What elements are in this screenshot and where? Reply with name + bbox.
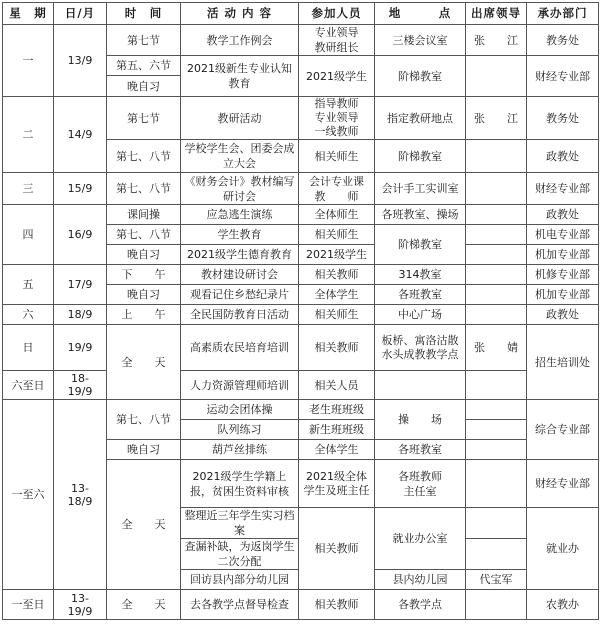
department-cell: 综合专业部	[527, 400, 599, 460]
department-cell: 政教处	[527, 305, 599, 325]
location-cell: 操 场	[375, 400, 466, 440]
activity-cell: 应急逃生演练	[181, 205, 299, 225]
activity-cell: 教学工作例会	[181, 25, 299, 56]
weekday-cell: 四	[3, 205, 54, 265]
weekday-cell: 六至日	[3, 371, 54, 400]
activity-cell: 教材建设研讨会	[181, 265, 299, 285]
time-cell: 第七节	[107, 97, 181, 140]
date-cell: 14/9	[54, 97, 107, 173]
time-cell: 第七节	[107, 25, 181, 56]
weekday-cell: 二	[3, 97, 54, 173]
table-row: 四 16/9 课间操 应急逃生演练 全体师生 各班教室、操场 政教处	[3, 205, 599, 225]
table-row: 一至日 13- 19/9 全 天 去各教学点督导检查 相关教师 各教学点 农教办	[3, 590, 599, 620]
department-cell: 教务处	[527, 25, 599, 56]
department-cell: 机加专业部	[527, 285, 599, 305]
activity-cell: 队列练习	[181, 420, 299, 440]
department-cell: 农教办	[527, 590, 599, 620]
department-cell: 机加专业部	[527, 245, 599, 265]
time-cell: 第五、六节	[107, 56, 181, 76]
time-cell: 第七、八节	[107, 225, 181, 245]
location-cell: 各班教室	[375, 285, 466, 305]
date-cell: 17/9	[54, 265, 107, 305]
activity-cell: 全民国防教育日活动	[181, 305, 299, 325]
location-cell: 阶梯教室	[375, 56, 466, 97]
col-location: 地 点	[375, 3, 466, 25]
location-cell: 各班教师 主任室	[375, 460, 466, 508]
leader-cell	[466, 440, 527, 460]
header-row: 星 期 日/月 时 间 活 动 内 容 参加人员 地 点 出席领导 承办部门	[3, 3, 599, 25]
department-cell: 机修专业部	[527, 265, 599, 285]
location-cell: 就业办公室	[375, 508, 466, 570]
weekday-cell: 一	[3, 25, 54, 97]
participants-cell: 2021级学生	[299, 56, 375, 97]
leader-cell	[466, 305, 527, 325]
leader-cell	[466, 460, 527, 508]
leader-cell	[466, 245, 527, 265]
department-cell: 政教处	[527, 140, 599, 173]
leader-cell	[466, 205, 527, 225]
time-cell: 第七、八节	[107, 140, 181, 173]
table-row: 二 14/9 第七节 教研活动 指导教师 专业领导 一线教师 指定教研地点 张 …	[3, 97, 599, 140]
participants-cell: 新生班班级	[299, 420, 375, 440]
activity-cell: 回访县内部分幼儿园	[181, 570, 299, 590]
date-cell: 13- 19/9	[54, 590, 107, 620]
participants-cell: 2021级学生	[299, 245, 375, 265]
participants-cell: 2021级全体学生及班主任	[299, 460, 375, 508]
leader-cell	[466, 508, 527, 539]
participants-cell: 全体师生	[299, 205, 375, 225]
location-cell: 各教学点	[375, 590, 466, 620]
location-cell: 阶梯教室	[375, 225, 466, 265]
time-cell: 课间操	[107, 205, 181, 225]
leader-cell	[466, 590, 527, 620]
participants-cell: 全体学生	[299, 440, 375, 460]
department-cell: 教务处	[527, 97, 599, 140]
date-cell: 18- 19/9	[54, 371, 107, 400]
activity-cell: 2021级学生德育教育	[181, 245, 299, 265]
time-cell: 晚自习	[107, 285, 181, 305]
table-row: 一至六 13- 18/9 第七、八节 运动会团体操 老生班班级 操 场 综合专业…	[3, 400, 599, 420]
weekly-schedule-table: 星 期 日/月 时 间 活 动 内 容 参加人员 地 点 出席领导 承办部门 一…	[2, 2, 599, 620]
date-cell: 18/9	[54, 305, 107, 325]
time-cell: 全 天	[107, 325, 181, 400]
leader-cell	[466, 285, 527, 305]
location-cell: 阶梯教室	[375, 140, 466, 173]
leader-cell	[466, 265, 527, 285]
location-cell: 县内幼儿园	[375, 570, 466, 590]
participants-cell: 专业领导 教研组长	[299, 25, 375, 56]
time-cell: 第七、八节	[107, 400, 181, 440]
department-cell: 财经专业部	[527, 460, 599, 508]
activity-cell: 观看记住乡愁纪录片	[181, 285, 299, 305]
participants-cell: 全体学生	[299, 285, 375, 305]
time-cell: 下 午	[107, 265, 181, 285]
location-cell: 314教室	[375, 265, 466, 285]
leader-cell	[466, 56, 527, 97]
time-cell: 晚自习	[107, 245, 181, 265]
table-row: 六至日 18- 19/9 人力资源管理师培训 相关人员	[3, 371, 599, 400]
weekday-cell: 三	[3, 173, 54, 205]
location-cell: 各班教室	[375, 440, 466, 460]
weekday-cell: 五	[3, 265, 54, 305]
location-cell: 各班教室、操场	[375, 205, 466, 225]
department-cell: 财经专业部	[527, 56, 599, 97]
date-cell: 19/9	[54, 325, 107, 371]
leader-cell	[466, 371, 527, 400]
activity-cell: 2021级新生专业认知教育	[181, 56, 299, 97]
activity-cell: 去各教学点督导检查	[181, 590, 299, 620]
time-cell: 全 天	[107, 460, 181, 590]
time-cell: 晚自习	[107, 440, 181, 460]
location-cell: 板桥、寓洛沽散水头成教教学点	[375, 325, 466, 371]
weekday-cell: 一至日	[3, 590, 54, 620]
leader-cell	[466, 400, 527, 420]
participants-cell: 相关师生	[299, 305, 375, 325]
activity-cell: 运动会团体操	[181, 400, 299, 420]
col-leader: 出席领导	[466, 3, 527, 25]
activity-cell: 高素质农民培育培训	[181, 325, 299, 371]
col-weekday: 星 期	[3, 3, 54, 25]
department-cell: 招生培训处	[527, 325, 599, 400]
participants-cell: 相关教师	[299, 265, 375, 285]
participants-cell: 老生班班级	[299, 400, 375, 420]
participants-cell: 相关人员	[299, 371, 375, 400]
activity-cell: 葫芦丝排练	[181, 440, 299, 460]
date-cell: 13- 18/9	[54, 400, 107, 590]
time-cell: 晚自习	[107, 76, 181, 97]
activity-cell: 学生教育	[181, 225, 299, 245]
time-cell: 第七、八节	[107, 173, 181, 205]
date-cell: 15/9	[54, 173, 107, 205]
leader-cell	[466, 225, 527, 245]
time-cell: 全 天	[107, 590, 181, 620]
leader-cell: 张 婧	[466, 325, 527, 371]
activity-cell: 学校学生会、团委会成立大会	[181, 140, 299, 173]
table-row: 三 15/9 第七、八节 《财务会计》教材编写研讨会 会计专业课 教 师 会计手…	[3, 173, 599, 205]
activity-cell: 查漏补缺，为返岗学生二次分配	[181, 539, 299, 570]
col-participants: 参加人员	[299, 3, 375, 25]
leader-cell	[466, 420, 527, 440]
weekday-cell: 一至六	[3, 400, 54, 590]
department-cell: 财经专业部	[527, 173, 599, 205]
table-row: 六 18/9 上 午 全民国防教育日活动 相关师生 中心广场 政教处	[3, 305, 599, 325]
activity-cell: 人力资源管理师培训	[181, 371, 299, 400]
location-cell: 指定教研地点	[375, 97, 466, 140]
activity-cell: 《财务会计》教材编写研讨会	[181, 173, 299, 205]
leader-cell: 张 江	[466, 25, 527, 56]
location-cell: 会计手工实训室	[375, 173, 466, 205]
department-cell: 政教处	[527, 205, 599, 225]
participants-cell: 相关教师	[299, 590, 375, 620]
weekday-cell: 日	[3, 325, 54, 371]
leader-cell	[466, 173, 527, 205]
participants-cell: 指导教师 专业领导 一线教师	[299, 97, 375, 140]
weekday-cell: 六	[3, 305, 54, 325]
leader-cell: 张 江	[466, 97, 527, 140]
date-cell: 16/9	[54, 205, 107, 265]
participants-cell: 相关师生	[299, 140, 375, 173]
table-row: 五 17/9 下 午 教材建设研讨会 相关教师 314教室 机修专业部	[3, 265, 599, 285]
participants-cell: 相关师生	[299, 225, 375, 245]
location-cell	[375, 371, 466, 400]
col-date: 日/月	[54, 3, 107, 25]
col-department: 承办部门	[527, 3, 599, 25]
participants-cell: 相关教师	[299, 325, 375, 371]
location-cell: 中心广场	[375, 305, 466, 325]
col-activity: 活 动 内 容	[181, 3, 299, 25]
activity-cell: 整理近三年学生实习档案	[181, 508, 299, 539]
department-cell: 机电专业部	[527, 225, 599, 245]
leader-cell	[466, 539, 527, 570]
time-cell: 上 午	[107, 305, 181, 325]
activity-cell: 教研活动	[181, 97, 299, 140]
date-cell: 13/9	[54, 25, 107, 97]
participants-cell: 相关教师	[299, 508, 375, 590]
activity-cell: 2021级学生学籍上报，贫困生资料审核	[181, 460, 299, 508]
table-row: 日 19/9 全 天 高素质农民培育培训 相关教师 板桥、寓洛沽散水头成教教学点…	[3, 325, 599, 371]
location-cell: 三楼会议室	[375, 25, 466, 56]
department-cell: 就业办	[527, 508, 599, 590]
leader-cell: 代宝军	[466, 570, 527, 590]
leader-cell	[466, 140, 527, 173]
col-time: 时 间	[107, 3, 181, 25]
table-row: 一 13/9 第七节 教学工作例会 专业领导 教研组长 三楼会议室 张 江 教务…	[3, 25, 599, 56]
participants-cell: 会计专业课 教 师	[299, 173, 375, 205]
